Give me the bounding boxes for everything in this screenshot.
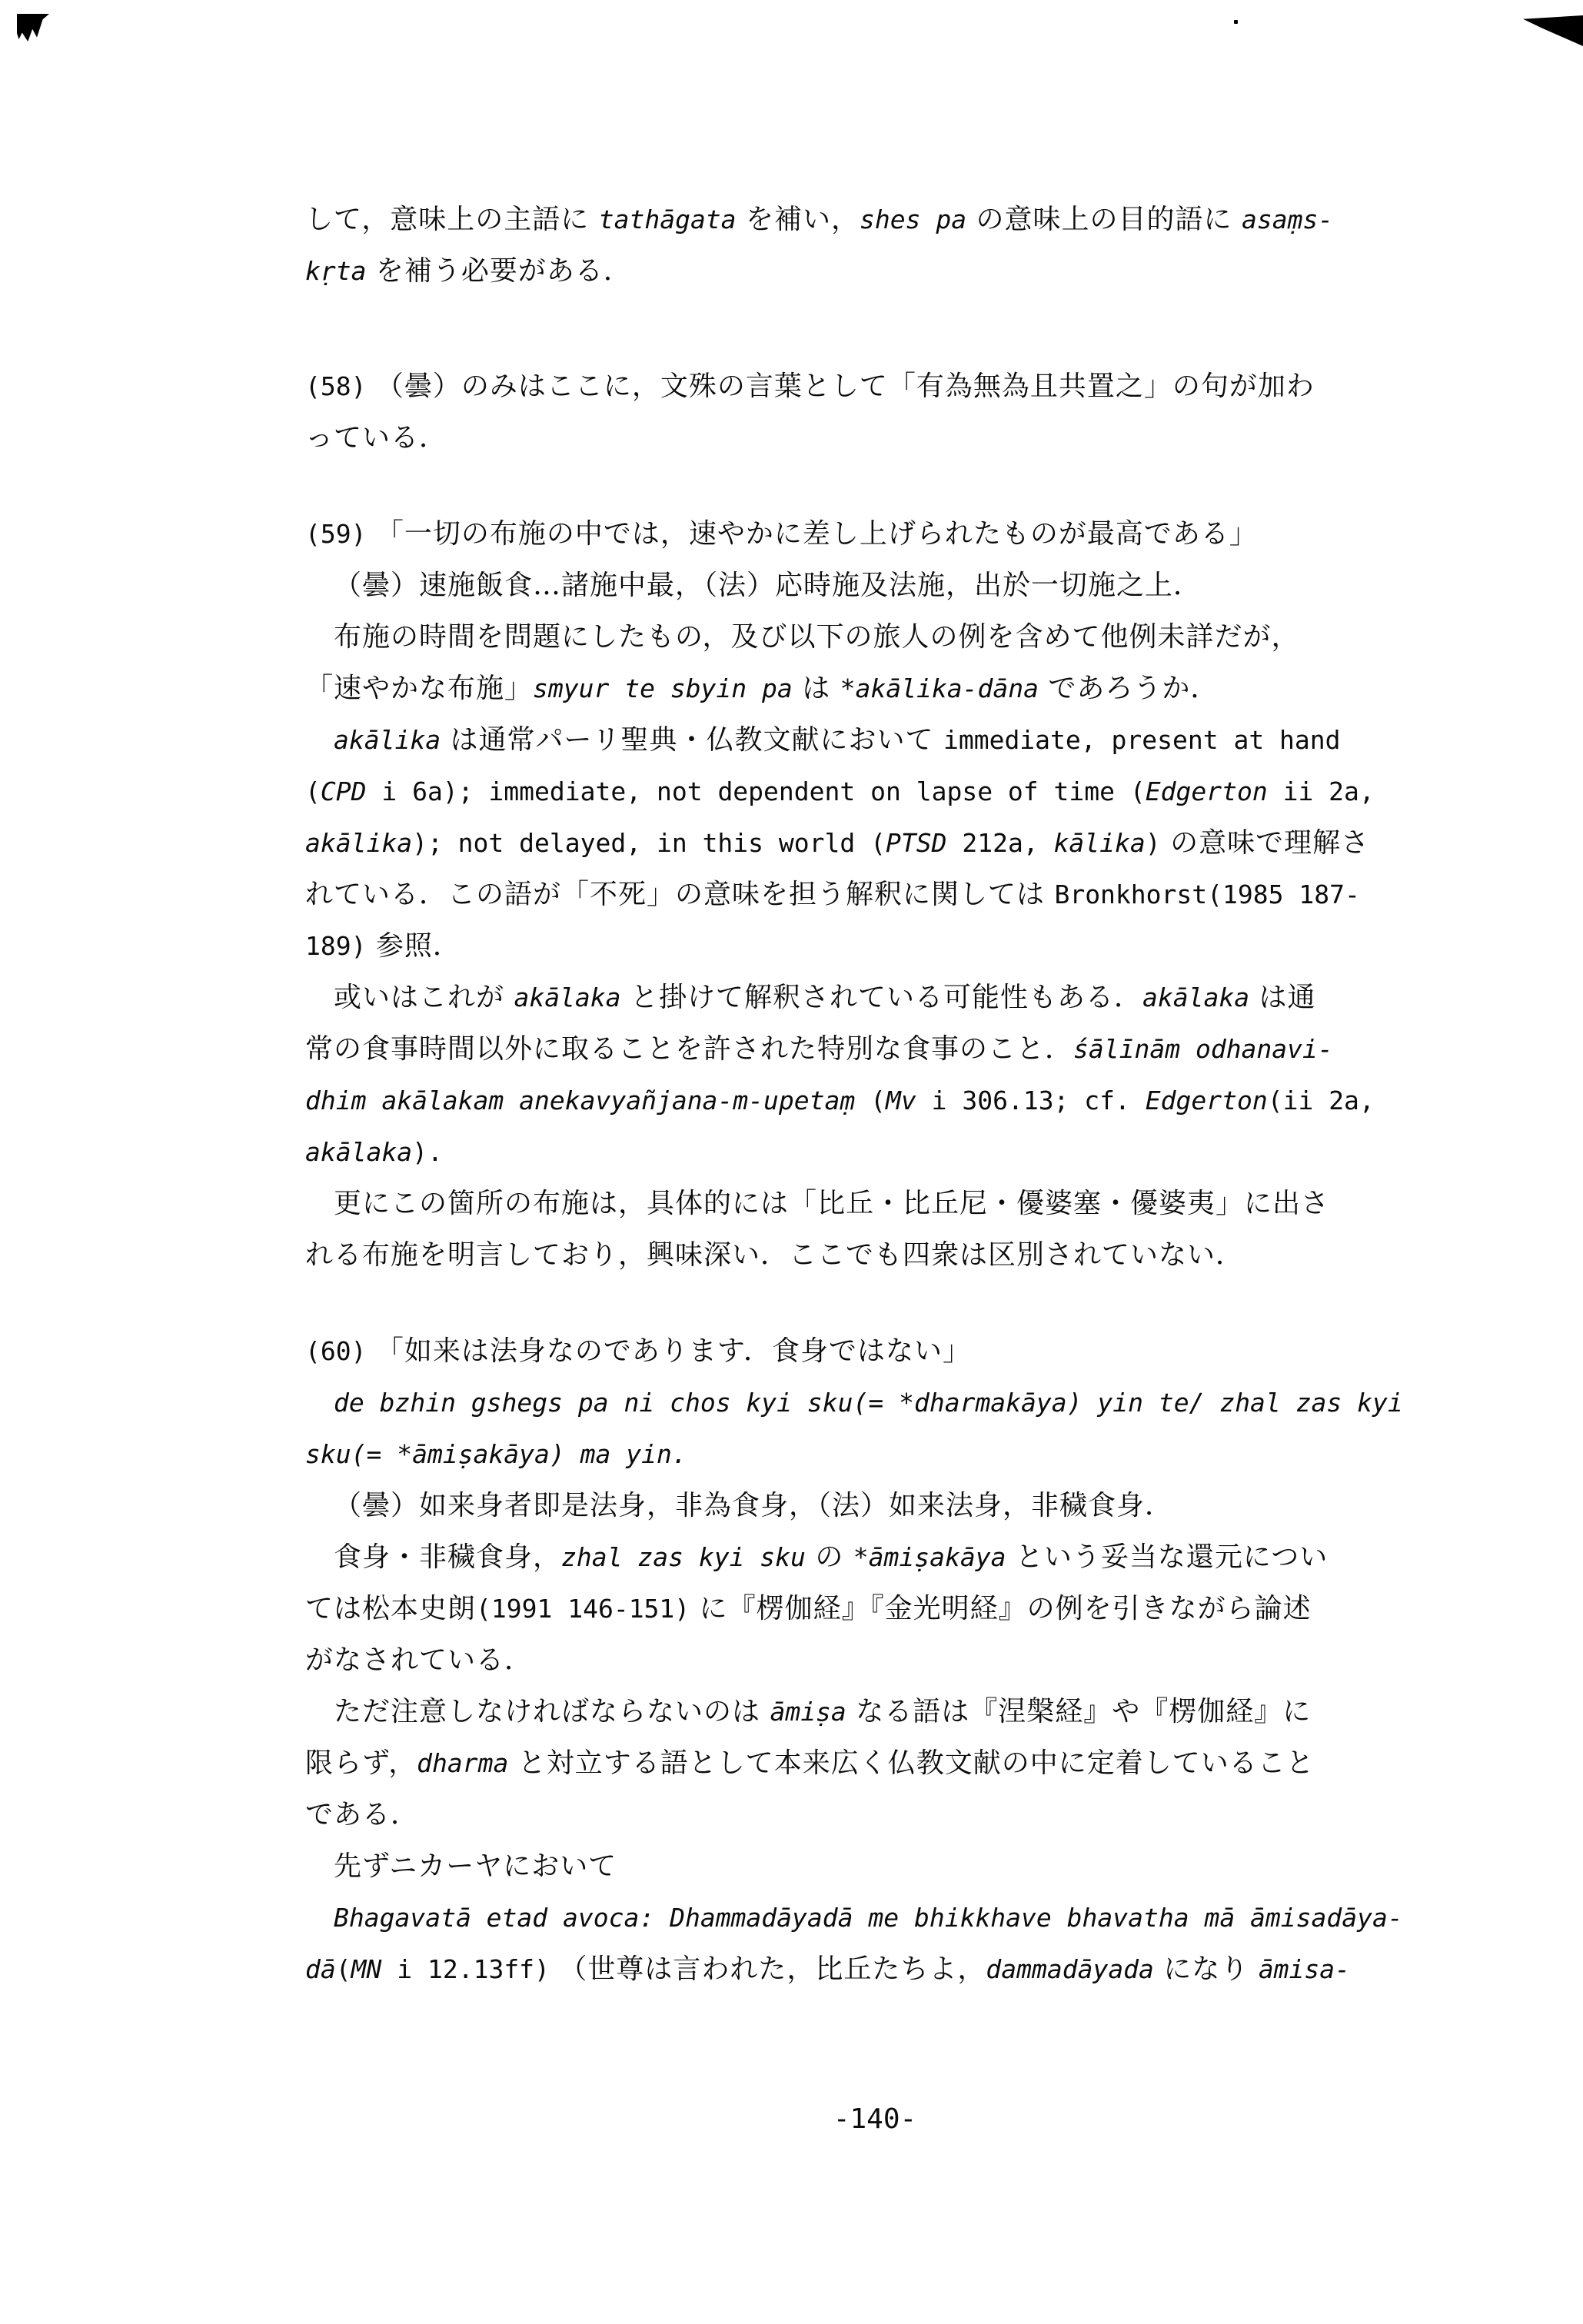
japanese-text: がなされている． — [305, 1644, 533, 1676]
text-line: kṛta を補う必要がある． — [305, 245, 1555, 297]
latin-text: dā — [305, 1954, 336, 1984]
latin-text: ); not delayed, in this world ( — [412, 828, 886, 858]
latin-text: akālika — [334, 725, 441, 755]
latin-text: (60) — [305, 1336, 366, 1366]
latin-text: kṛta — [305, 256, 366, 286]
latin-text: Bhagavatā etad avoca: Dhammadāyadā me bh… — [334, 1903, 1403, 1933]
latin-text: kālika — [1054, 828, 1146, 858]
latin-text: 189) — [305, 931, 366, 961]
paragraph-block: (58) （曇）のみはここに，文殊の言葉として「有為無為且共置之」の句が加わって… — [305, 361, 1555, 464]
japanese-text: という妥当な還元につい — [1006, 1541, 1328, 1573]
japanese-text: っている． — [305, 422, 447, 454]
text-line: sku(= *āmiṣakāya) ma yin. — [305, 1428, 1555, 1480]
japanese-text: であろうか． — [1039, 673, 1219, 704]
latin-text: MN — [351, 1954, 382, 1984]
latin-text: ( — [336, 1954, 351, 1984]
japanese-text: ては松本史朗 — [305, 1593, 476, 1624]
japanese-text: の意味上の目的語に — [966, 204, 1242, 235]
latin-text: de bzhin gshegs pa ni chos kyi sku(= *dh… — [334, 1388, 1403, 1418]
text-line: dhim akālakam anekavyañjana-m-upetaṃ (Mv… — [305, 1075, 1555, 1126]
latin-text: akālaka — [1142, 982, 1249, 1012]
latin-text: Edgerton — [1146, 776, 1268, 806]
scanned-page: して，意味上の主語に tathāgata を補い，shes pa の意味上の目的… — [0, 0, 1583, 2324]
latin-text: (59) — [305, 519, 366, 549]
japanese-text: の — [806, 1541, 853, 1573]
japanese-text: 「一切の布施の中では，速やかに差し上げられたものが最高である」 — [366, 518, 1257, 550]
japanese-text: 「速やかな布施」 — [305, 673, 533, 704]
text-line: れる布施を明言しており，興味深い．ここでも四衆は区別されていない． — [305, 1229, 1555, 1281]
japanese-text: である． — [305, 1799, 419, 1830]
japanese-text: （曇）速施飯食…諸施中最，（法）応時施及法施，出於一切施之上． — [334, 570, 1202, 601]
text-line: akālaka). — [305, 1126, 1555, 1178]
text-line: っている． — [305, 412, 1555, 464]
text-line: Bhagavatā etad avoca: Dhammadāyadā me bh… — [305, 1892, 1555, 1943]
japanese-text: 或いはこれが — [334, 982, 514, 1013]
text-line: akālika); not delayed, in this world (PT… — [305, 817, 1555, 869]
text-line: (59) 「一切の布施の中では，速やかに差し上げられたものが最高である」 — [305, 508, 1555, 560]
text-line: 限らず，dharma と対立する語として本来広く仏教文献の中に定着していること — [305, 1737, 1555, 1789]
text-line: 更にこの箇所の布施は，具体的には「比丘・比丘尼・優婆塞・優婆夷」に出さ — [305, 1178, 1555, 1229]
japanese-text: れている．この語が「不死」の意味を担う解釈に関しては — [305, 879, 1054, 910]
latin-text: āmisa- — [1259, 1954, 1350, 1984]
latin-text: dhim akālakam anekavyañjana-m-upetaṃ — [305, 1086, 855, 1115]
latin-text: śālīnām odhanavi- — [1073, 1034, 1333, 1064]
japanese-text: 常の食事時間以外に取ることを許された特別な食事のこと． — [305, 1033, 1073, 1065]
latin-text: tathāgata — [599, 204, 737, 234]
japanese-text: 布施の時間を問題にしたもの，及び以下の旅人の例を含めて他例未詳だが， — [334, 621, 1300, 653]
japanese-text: を補い， — [737, 204, 860, 235]
japanese-text: と掛けて解釈されている可能性もある． — [621, 982, 1142, 1013]
text-line: である． — [305, 1789, 1555, 1840]
japanese-text: と対立する語として本来広く仏教文献の中に定着していること — [508, 1747, 1314, 1779]
japanese-text: は通常パーリ聖典・仏教文献において — [441, 724, 943, 756]
text-line: 或いはこれが akālaka と掛けて解釈されている可能性もある．akālaka… — [305, 972, 1555, 1023]
text-line: (60) 「如来は法身なのであります．食身ではない」 — [305, 1325, 1555, 1377]
paragraph-block: して，意味上の主語に tathāgata を補い，shes pa の意味上の目的… — [305, 194, 1555, 297]
japanese-text: 更にこの箇所の布施は，具体的には「比丘・比丘尼・優婆塞・優婆夷」に出さ — [334, 1188, 1329, 1219]
japanese-text: に『楞伽経』『金光明経』の例を引きながら論述 — [690, 1593, 1311, 1624]
latin-text: *akālika-dāna — [840, 673, 1039, 703]
latin-text: zhal zas kyi sku — [561, 1542, 806, 1572]
latin-text: CPD — [321, 776, 367, 806]
latin-text: smyur te sbyin pa — [533, 673, 793, 703]
latin-text: (ii 2a, — [1268, 1086, 1375, 1115]
latin-text: Mv — [886, 1086, 916, 1115]
scan-smudge-top-left — [17, 14, 49, 42]
text-line: して，意味上の主語に tathāgata を補い，shes pa の意味上の目的… — [305, 194, 1555, 245]
text-line: (58) （曇）のみはここに，文殊の言葉として「有為無為且共置之」の句が加わ — [305, 361, 1555, 412]
latin-text: immediate, present at hand — [943, 725, 1341, 755]
latin-text: i 306.13; cf. — [916, 1086, 1146, 1115]
text-line: 「速やかな布施」smyur te sbyin pa は *akālika-dān… — [305, 663, 1555, 714]
latin-text: ( — [305, 776, 321, 806]
japanese-text: れる布施を明言しており，興味深い．ここでも四衆は区別されていない． — [305, 1239, 1244, 1271]
japanese-text: 「如来は法身なのであります．食身ではない」 — [366, 1335, 971, 1367]
text-line: （曇）速施飯食…諸施中最，（法）応時施及法施，出於一切施之上． — [305, 560, 1555, 611]
text-line: れている．この語が「不死」の意味を担う解釈に関しては Bronkhorst(19… — [305, 869, 1555, 920]
latin-text: āmiṣa — [770, 1697, 846, 1727]
latin-text: shes pa — [860, 204, 966, 234]
japanese-text: して，意味上の主語に — [305, 204, 599, 235]
text-line: ては松本史朗(1991 146-151) に『楞伽経』『金光明経』の例を引きなが… — [305, 1583, 1555, 1634]
latin-text: asaṃs- — [1242, 204, 1333, 234]
latin-text: ) — [1146, 828, 1161, 858]
text-line: de bzhin gshegs pa ni chos kyi sku(= *dh… — [305, 1377, 1555, 1428]
latin-text: Edgerton — [1146, 1086, 1268, 1115]
latin-text: akālaka — [514, 982, 620, 1012]
latin-text: dammadāyada — [986, 1954, 1154, 1984]
latin-text: dharma — [417, 1748, 508, 1778]
latin-text: (58) — [305, 371, 366, 401]
japanese-text: なる語は『涅槃経』や『楞伽経』に — [846, 1696, 1311, 1727]
latin-text: sku(= *āmiṣakāya) ma yin. — [305, 1439, 687, 1469]
scan-speck — [1234, 20, 1238, 24]
japanese-text: になり — [1154, 1953, 1259, 1985]
text-line: 常の食事時間以外に取ることを許された特別な食事のこと．śālīnām odhan… — [305, 1023, 1555, 1075]
text-line: 先ずニカーヤにおいて — [305, 1840, 1555, 1892]
latin-text: 212a, — [946, 828, 1053, 858]
japanese-text: （曇）如来身者即是法身，非為食身，（法）如来法身，非穢食身． — [334, 1490, 1173, 1521]
body-text: して，意味上の主語に tathāgata を補い，shes pa の意味上の目的… — [305, 194, 1555, 1995]
page-number: -140- — [305, 2103, 1445, 2135]
text-line: がなされている． — [305, 1634, 1555, 1686]
paragraph-block: (60) 「如来は法身なのであります．食身ではない」de bzhin gsheg… — [305, 1325, 1555, 1995]
text-line: akālika は通常パーリ聖典・仏教文献において immediate, pre… — [305, 714, 1555, 766]
latin-text: *āmiṣakāya — [853, 1542, 1006, 1572]
latin-text: PTSD — [886, 828, 946, 858]
text-line: 食身・非穢食身，zhal zas kyi sku の *āmiṣakāya とい… — [305, 1531, 1555, 1583]
text-line: （曇）如来身者即是法身，非為食身，（法）如来法身，非穢食身． — [305, 1480, 1555, 1531]
latin-text: i 6a); immediate, not dependent on lapse… — [366, 776, 1145, 806]
japanese-text: ただ注意しなければならないのは — [334, 1696, 770, 1727]
scan-smudge-top-right — [1523, 15, 1583, 46]
japanese-text: を補う必要がある． — [366, 255, 631, 287]
latin-text: (1991 146-151) — [476, 1594, 690, 1624]
japanese-text: は通 — [1249, 982, 1315, 1013]
latin-text: ( — [855, 1086, 886, 1115]
japanese-text: は — [793, 673, 840, 704]
japanese-text: 食身・非穢食身， — [334, 1541, 561, 1573]
text-line: dā(MN i 12.13ff) （世尊は言われた，比丘たちよ，dammadāy… — [305, 1943, 1555, 1995]
japanese-text: （世尊は言われた，比丘たちよ， — [550, 1953, 986, 1985]
paragraph-block: (59) 「一切の布施の中では，速やかに差し上げられたものが最高である」（曇）速… — [305, 508, 1555, 1281]
latin-text: Bronkhorst(1985 187- — [1054, 879, 1359, 909]
japanese-text: 参照． — [366, 930, 461, 962]
text-line: 布施の時間を問題にしたもの，及び以下の旅人の例を含めて他例未詳だが， — [305, 611, 1555, 663]
latin-text: ii 2a, — [1268, 776, 1375, 806]
japanese-text: 限らず， — [305, 1747, 417, 1779]
text-line: 189) 参照． — [305, 920, 1555, 972]
latin-text: i 12.13ff) — [381, 1954, 550, 1984]
japanese-text: 先ずニカーヤにおいて — [334, 1850, 617, 1882]
latin-text: ). — [412, 1137, 443, 1167]
text-line: ただ注意しなければならないのは āmiṣa なる語は『涅槃経』や『楞伽経』に — [305, 1686, 1555, 1737]
text-line: (CPD i 6a); immediate, not dependent on … — [305, 766, 1555, 817]
japanese-text: の意味で理解さ — [1161, 827, 1369, 859]
japanese-text: （曇）のみはここに，文殊の言葉として「有為無為且共置之」の句が加わ — [366, 371, 1314, 402]
latin-text: akālika — [305, 828, 412, 858]
latin-text: akālaka — [305, 1137, 412, 1167]
